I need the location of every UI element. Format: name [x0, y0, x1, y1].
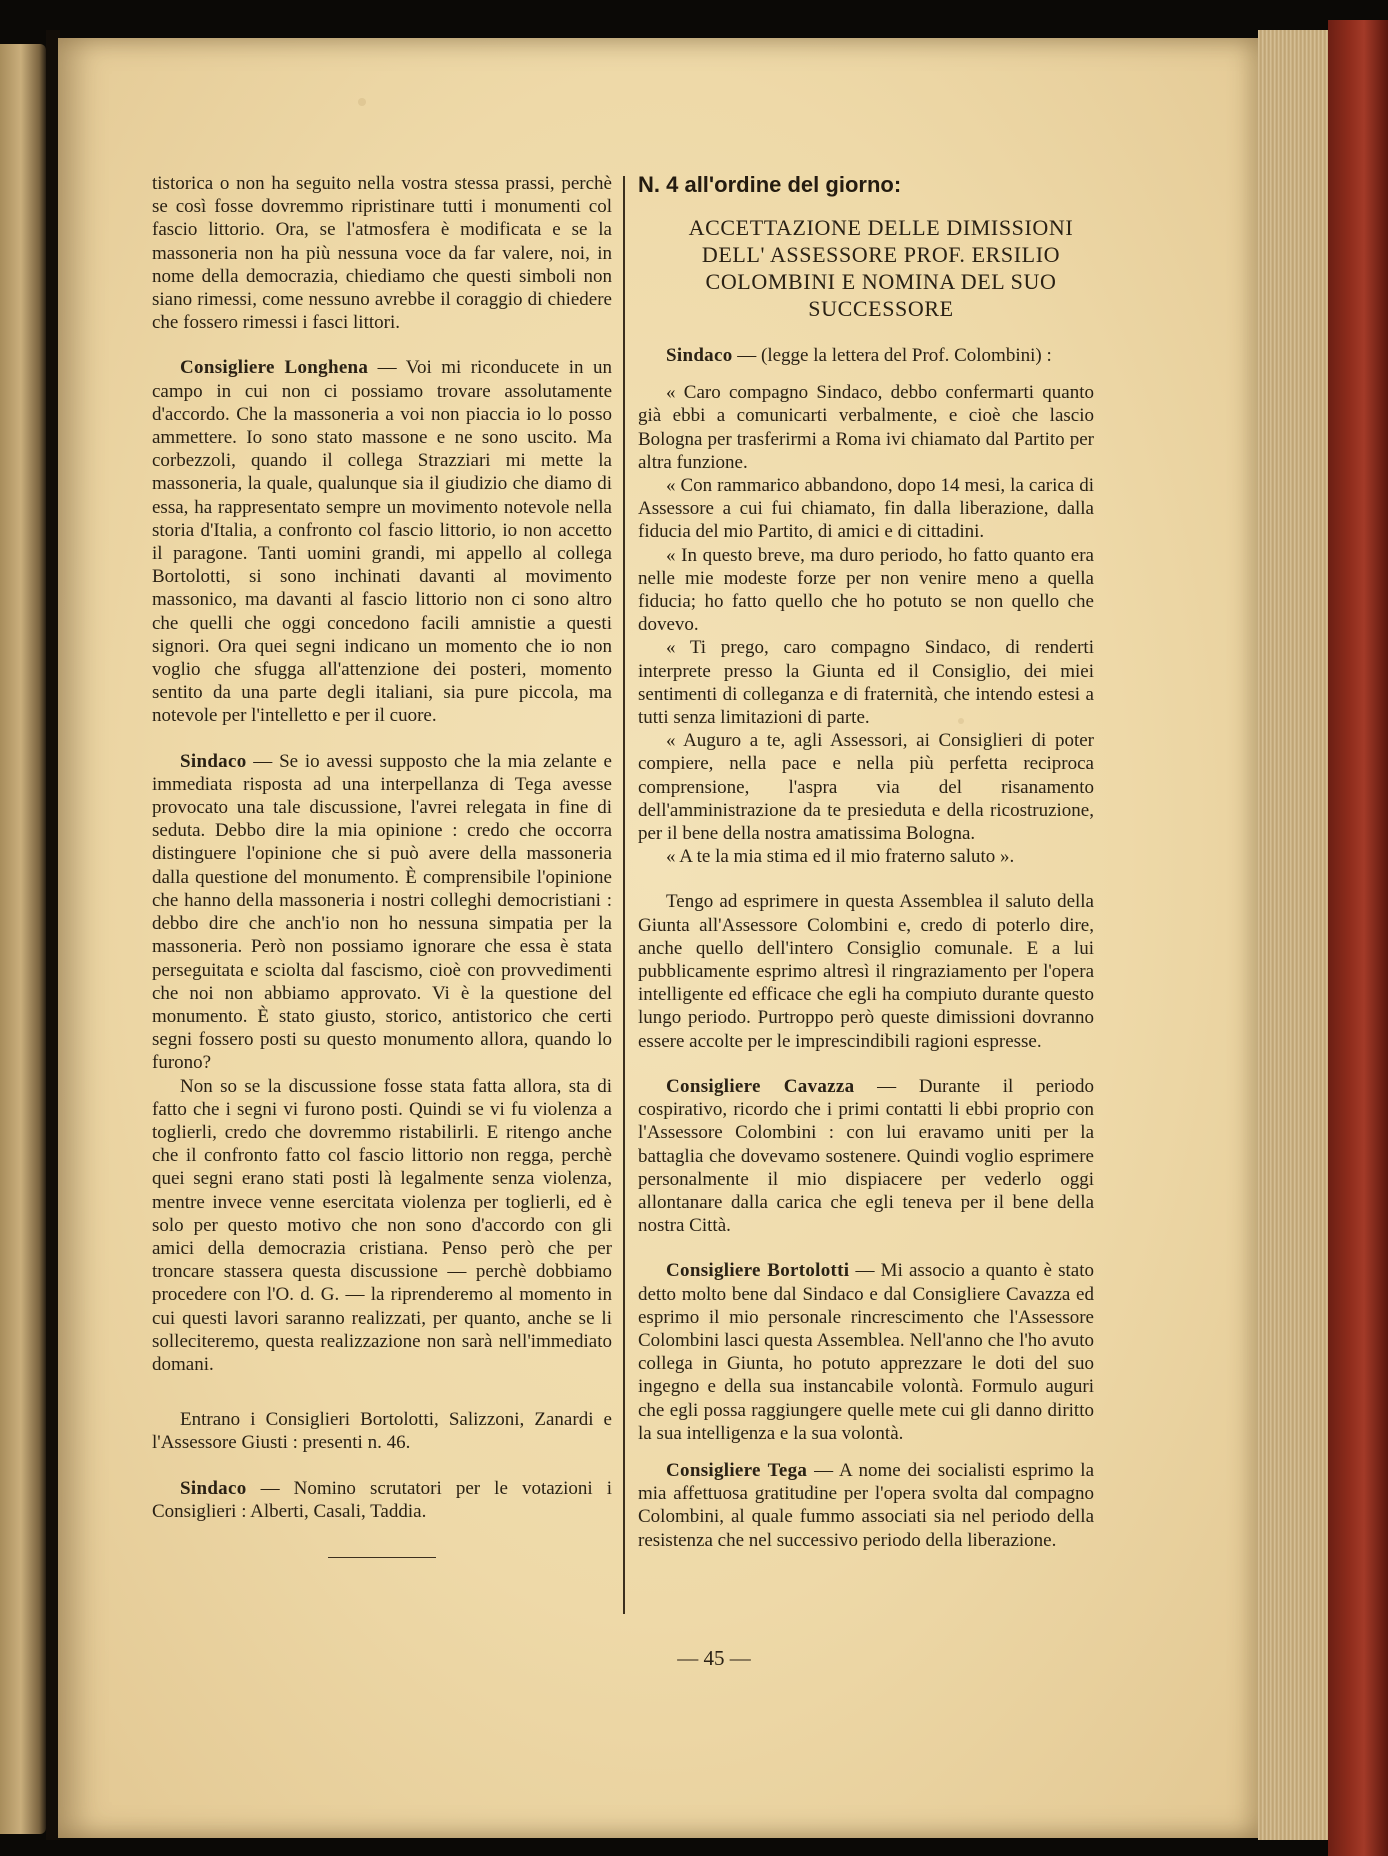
right-column: N. 4 all'ordine del giorno: ACCETTAZIONE… — [638, 172, 1094, 1552]
previous-page-edge — [0, 44, 46, 1834]
letter-paragraph: « A te la mia stima ed il mio fraterno s… — [638, 845, 1094, 868]
speech-text: — Mi associo a quanto è stato detto molt… — [638, 1260, 1094, 1443]
page-number: — 45 — — [0, 1646, 1388, 1671]
speech-bortolotti: Consigliere Bortolotti — Mi associo a qu… — [638, 1259, 1094, 1445]
page-stack-edge — [1258, 30, 1328, 1840]
column-divider — [623, 176, 625, 1614]
speech-text: — Se io avessi supposto che la mia zelan… — [152, 751, 612, 1074]
speaker-name: Sindaco — [666, 345, 733, 366]
speaker-name: Sindaco — [180, 751, 247, 772]
attendance-note: Entrano i Consiglieri Bortolotti, Salizz… — [152, 1408, 612, 1454]
speech-sindaco-scrutatori: Sindaco — Nomino scrutatori per le votaz… — [152, 1477, 612, 1523]
speech-sindaco: Sindaco — Se io avessi supposto che la m… — [152, 750, 612, 1075]
letter-paragraph: « Caro compagno Sindaco, debbo confermar… — [638, 381, 1094, 474]
speaker-name: Sindaco — [180, 1478, 247, 1499]
speaker-name: Consigliere Cavazza — [666, 1076, 854, 1097]
letter-paragraph: « Auguro a te, agli Assessori, ai Consig… — [638, 729, 1094, 845]
agenda-item-heading: N. 4 all'ordine del giorno: — [638, 172, 1094, 198]
speech-text: — (legge la lettera del Prof. Colombini)… — [733, 345, 1052, 366]
left-column: tistorica o non ha seguito nella vostra … — [152, 172, 612, 1558]
speech-tega: Consigliere Tega — A nome dei socialisti… — [638, 1459, 1094, 1552]
continued-paragraph: tistorica o non ha seguito nella vostra … — [152, 172, 612, 334]
section-divider-rule — [328, 1557, 436, 1559]
speech-text: — Voi mi riconducete in un campo in cui … — [152, 357, 612, 726]
agenda-item-title: ACCETTAZIONE DELLE DIMISSIONI DELL' ASSE… — [638, 214, 1094, 322]
speech-cavazza: Consigliere Cavazza — Durante il periodo… — [638, 1075, 1094, 1237]
speech-continuation: Non so se la discussione fosse stata fat… — [152, 1075, 612, 1377]
speaker-name: Consigliere Longhena — [180, 357, 368, 378]
speaker-name: Consigliere Tega — [666, 1460, 807, 1481]
letter-paragraph: « Ti prego, caro compagno Sindaco, di re… — [638, 636, 1094, 729]
paper-speck — [358, 98, 366, 106]
sindaco-greeting: Tengo ad esprimere in questa Assemblea i… — [638, 890, 1094, 1052]
speaker-name: Consigliere Bortolotti — [666, 1260, 849, 1281]
speech-text: — Durante il periodo cospirativo, ricord… — [638, 1076, 1094, 1236]
letter-paragraph: « In questo breve, ma duro periodo, ho f… — [638, 544, 1094, 637]
book-binding — [1328, 20, 1388, 1856]
speech-sindaco-intro: Sindaco — (legge la lettera del Prof. Co… — [638, 344, 1094, 367]
speech-longhena: Consigliere Longhena — Voi mi riconducet… — [152, 356, 612, 727]
letter-paragraph: « Con rammarico abbandono, dopo 14 mesi,… — [638, 474, 1094, 544]
